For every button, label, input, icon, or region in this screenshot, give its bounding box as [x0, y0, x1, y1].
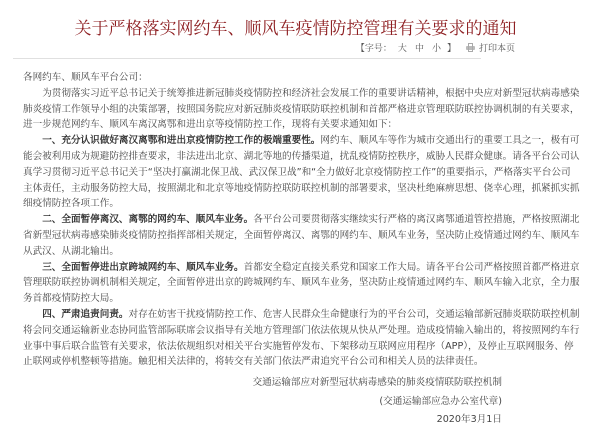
- page-title: 关于严格落实网约车、顺风车疫情防控管理有关要求的通知: [0, 14, 591, 39]
- section-2-heading: 二、全面暂停离汉、离鄂的网约车、顺风车业务。: [42, 214, 253, 225]
- section-4: 四、严肃追责问责。对存在妨害干扰疫情防控工作、危害人民群众生命健康行为的平台公司…: [23, 307, 580, 370]
- printer-icon[interactable]: [466, 43, 475, 52]
- signature-issuer: 交通运输部应对新型冠状病毒感染的肺炎疫情联防联控机制: [102, 374, 502, 388]
- intro-paragraph: 为贯彻落实习近平总书记关于统筹推进新冠肺炎疫情防控和经济社会发展工作的重要讲话精…: [23, 86, 580, 133]
- signature-date: 2020年3月1日: [102, 411, 502, 425]
- font-size-label-end: 】: [447, 41, 456, 54]
- font-large-link[interactable]: 大: [398, 41, 407, 54]
- section-3-heading: 三、全面暂停进出京跨城网约车、顺风车业务。: [42, 262, 243, 273]
- print-page-link[interactable]: 打印本页: [479, 41, 515, 54]
- font-small-link[interactable]: 小: [432, 41, 441, 54]
- section-1-text: 网约车、顺风车等作为城市交通出行的重要工具之一，极有可能会被利用成为规避防控排查…: [23, 135, 579, 209]
- section-1: 一、充分认识做好离汉离鄂和进出京疫情防控工作的极端重要性。网约车、顺风车等作为城…: [23, 133, 580, 212]
- notice-body: 各网约车、顺风车平台公司： 为贯彻落实习近平总书记关于统筹推进新冠肺炎疫情防控和…: [23, 70, 580, 370]
- signature-seal-note: (交通运输部应急办公室代章): [102, 393, 502, 407]
- font-size-toolbar: 【字号： 大 中 小 】 打印本页: [356, 41, 515, 54]
- header-divider: [13, 58, 481, 59]
- salutation: 各网约车、顺风车平台公司：: [23, 70, 580, 86]
- section-4-heading: 四、严肃追责问责。: [42, 309, 128, 320]
- section-1-heading: 一、充分认识做好离汉离鄂和进出京疫情防控工作的极端重要性。: [42, 135, 320, 146]
- font-size-label: 【字号：: [356, 41, 392, 54]
- notice-page: 关于严格落实网约车、顺风车疫情防控管理有关要求的通知 【字号： 大 中 小 】 …: [0, 0, 591, 431]
- section-2: 二、全面暂停离汉、离鄂的网约车、顺风车业务。各平台公司要贯彻落实继续实行严格的离…: [23, 212, 580, 259]
- font-medium-link[interactable]: 中: [415, 41, 424, 54]
- section-3: 三、全面暂停进出京跨城网约车、顺风车业务。首都安全稳定直接关系党和国家工作大局。…: [23, 260, 580, 307]
